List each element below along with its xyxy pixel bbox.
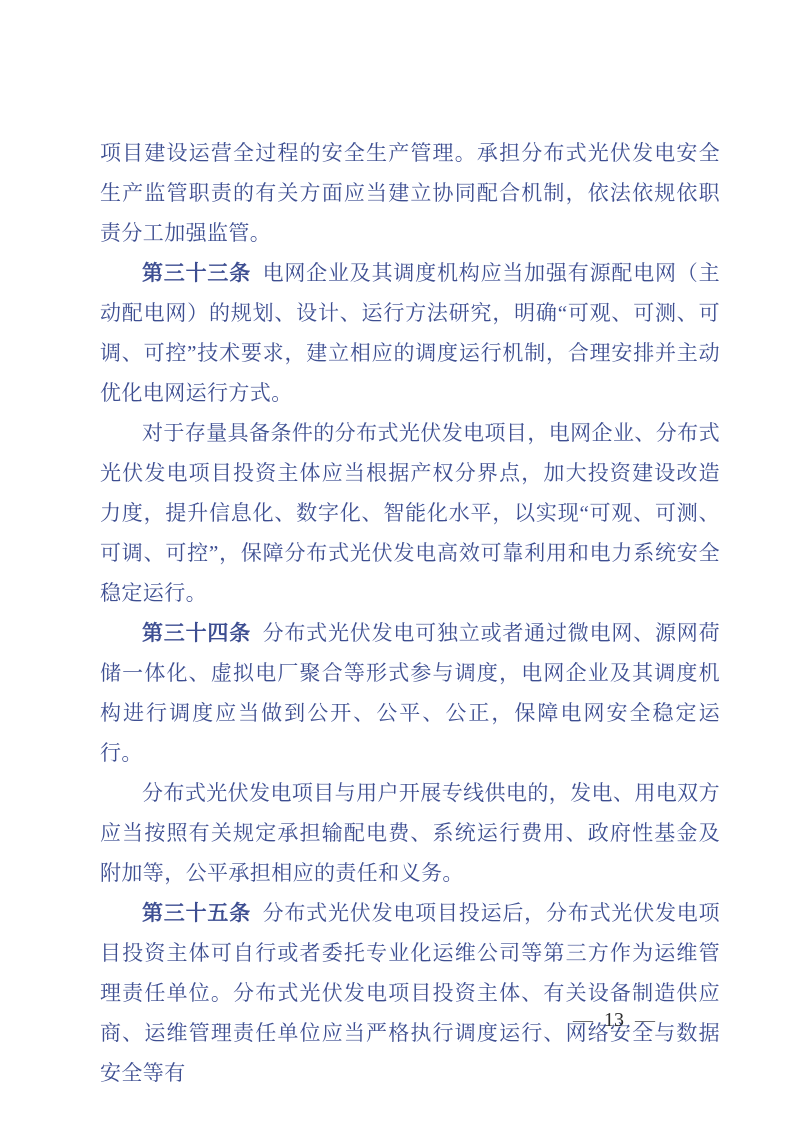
paragraph-text: 分布式光伏发电项目与用户开展专线供电的，发电、用电双方应当按照有关规定承担输配电… (100, 781, 720, 885)
paragraph-text: 对于存量具备条件的分布式光伏发电项目，电网企业、分布式光伏发电项目投资主体应当根… (100, 421, 720, 605)
paragraph-text: 分布式光伏发电项目投运后，分布式光伏发电项目投资主体可自行或者委托专业化运维公司… (100, 901, 720, 1085)
paragraph-text: 项目建设运营全过程的安全生产管理。承担分布式光伏发电安全生产监管职责的有关方面应… (100, 141, 720, 245)
paragraph: 第三十三条电网企业及其调度机构应当加强有源配电网（主动配电网）的规划、设计、运行… (100, 253, 720, 413)
document-page: 项目建设运营全过程的安全生产管理。承担分布式光伏发电安全生产监管职责的有关方面应… (0, 0, 800, 1130)
paragraph: 第三十四条分布式光伏发电可独立或者通过微电网、源网荷储一体化、虚拟电厂聚合等形式… (100, 613, 720, 773)
article-number: 第三十三条 (142, 261, 251, 285)
paragraph: 项目建设运营全过程的安全生产管理。承担分布式光伏发电安全生产监管职责的有关方面应… (100, 133, 720, 253)
footer-dash-left: — (566, 1009, 600, 1031)
article-number: 第三十四条 (142, 621, 251, 645)
page-number: 13 (600, 1009, 628, 1031)
paragraph: 分布式光伏发电项目与用户开展专线供电的，发电、用电双方应当按照有关规定承担输配电… (100, 773, 720, 893)
document-text-block: 项目建设运营全过程的安全生产管理。承担分布式光伏发电安全生产监管职责的有关方面应… (100, 133, 720, 1093)
page-footer: —13— (566, 1006, 662, 1034)
paragraph: 第三十五条分布式光伏发电项目投运后，分布式光伏发电项目投资主体可自行或者委托专业… (100, 893, 720, 1093)
paragraph: 对于存量具备条件的分布式光伏发电项目，电网企业、分布式光伏发电项目投资主体应当根… (100, 413, 720, 613)
article-number: 第三十五条 (142, 901, 251, 925)
footer-dash-right: — (628, 1009, 662, 1031)
